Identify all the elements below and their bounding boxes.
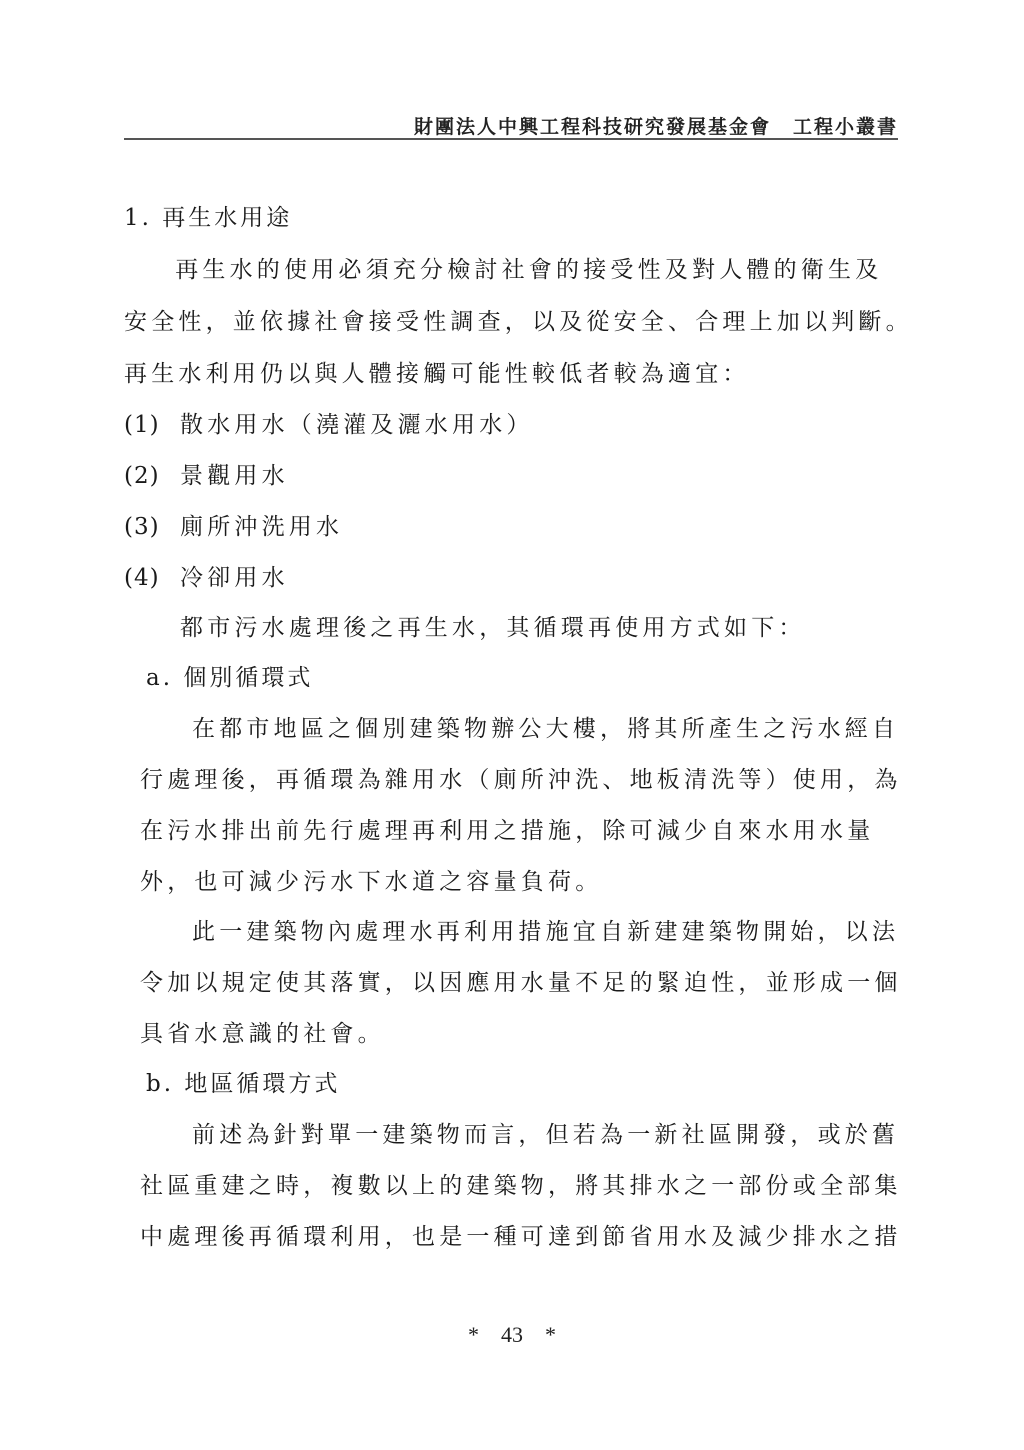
use-item-4: (4)冷卻用水 bbox=[124, 563, 289, 593]
subsection-a-para2-line3: 具省水意識的社會。 bbox=[140, 1019, 385, 1049]
subsection-a-para1-line1: 在都市地區之個別建築物辦公大樓，將其所產生之污水經自 bbox=[192, 714, 899, 744]
use-item-1: (1)散水用水（澆灌及灑水用水） bbox=[124, 410, 534, 440]
running-header: 財團法人中興工程科技研究發展基金會工程小叢書 bbox=[124, 112, 898, 138]
use-item-2: (2)景觀用水 bbox=[124, 461, 289, 491]
section-heading: 1. 再生水用途 bbox=[124, 203, 292, 233]
use-marker: (2) bbox=[124, 461, 180, 491]
header-title: 財團法人中興工程科技研究發展基金會工程小叢書 bbox=[414, 112, 898, 139]
use-text: 景觀用水 bbox=[180, 463, 289, 489]
use-text: 冷卻用水 bbox=[180, 565, 289, 591]
use-text: 廁所沖洗用水 bbox=[180, 514, 343, 540]
subsection-b-para1-line2: 社區重建之時，複數以上的建築物，將其排水之一部份或全部集 bbox=[140, 1171, 902, 1201]
header-series: 工程小叢書 bbox=[793, 116, 898, 138]
subsection-b-para1-line3: 中處理後再循環利用，也是一種可達到節省用水及減少排水之措 bbox=[140, 1222, 902, 1252]
header-rule-divider bbox=[124, 138, 898, 140]
use-item-3: (3)廁所沖洗用水 bbox=[124, 512, 343, 542]
subsection-a-para1-line4: 外，也可減少污水下水道之容量負荷。 bbox=[140, 867, 602, 897]
subsection-a-para2-line1: 此一建築物內處理水再利用措施宜自新建建築物開始，以法 bbox=[192, 917, 899, 947]
reuse-intro: 都市污水處理後之再生水，其循環再使用方式如下： bbox=[180, 613, 806, 643]
use-text: 散水用水（澆灌及灑水用水） bbox=[180, 412, 534, 438]
subsection-a-para1-line2: 行處理後，再循環為雜用水（廁所沖洗、地板清洗等）使用，為 bbox=[140, 765, 902, 795]
footer-left-mark: * bbox=[468, 1322, 479, 1348]
intro-line-1: 再生水的使用必須充分檢討社會的接受性及對人體的衛生及 bbox=[148, 255, 898, 285]
subsection-a-para1-line3: 在污水排出前先行處理再利用之措施，除可減少自來水用水量 bbox=[140, 816, 874, 846]
header-organization: 財團法人中興工程科技研究發展基金會 bbox=[414, 116, 771, 138]
subsection-b-heading: b. 地區循環方式 bbox=[146, 1069, 340, 1099]
intro-line-2: 安全性，並依據社會接受性調查，以及從安全、合理上加以判斷。 bbox=[124, 307, 898, 337]
subsection-a-heading: a. 個別循環式 bbox=[146, 663, 313, 693]
subsection-a-para2-line2: 令加以規定使其落實，以因應用水量不足的緊迫性，並形成一個 bbox=[140, 968, 902, 998]
use-marker: (3) bbox=[124, 512, 180, 542]
page-number: 43 bbox=[501, 1322, 523, 1347]
page-footer: *43* bbox=[0, 1322, 1024, 1348]
intro-line-3: 再生水利用仍以與人體接觸可能性較低者較為適宜： bbox=[124, 359, 750, 389]
use-marker: (4) bbox=[124, 563, 180, 593]
use-marker: (1) bbox=[124, 410, 180, 440]
footer-right-mark: * bbox=[545, 1322, 556, 1348]
subsection-b-para1-line1: 前述為針對單一建築物而言，但若為一新社區開發，或於舊 bbox=[192, 1120, 899, 1150]
